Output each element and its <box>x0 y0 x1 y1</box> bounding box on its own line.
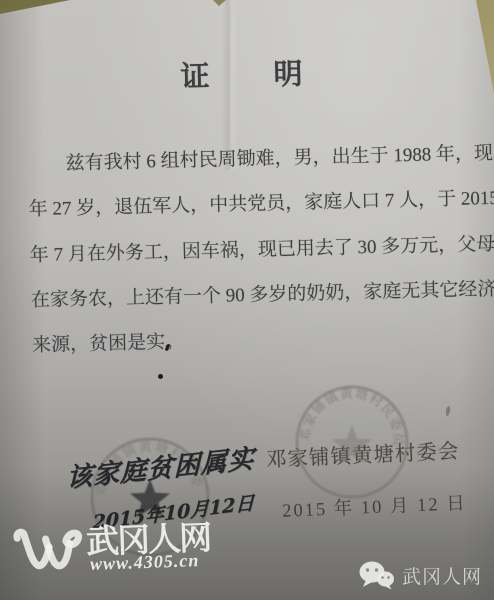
document-title: 证 明 <box>0 47 490 100</box>
document-body: 兹有我村 6 组村民周锄难，男，出生于 1988 年，现 年 27 岁，退伍军人… <box>27 140 466 377</box>
site-logo-icon <box>10 524 90 586</box>
paper-sheet: 证 明 兹有我村 6 组村民周锄难，男，出生于 1988 年，现 年 27 岁，… <box>0 0 494 600</box>
wechat-icon <box>358 560 394 590</box>
ink-speck <box>158 374 163 379</box>
footer-account-name: 武冈人网 <box>402 562 482 589</box>
watermark-site-url: www.4305.cn <box>90 550 200 575</box>
body-line: 来源，贫困是实。 <box>32 321 467 377</box>
site-watermark: 武冈人网 www.4305.cn <box>8 512 238 592</box>
wechat-credit: 武冈人网 <box>358 560 482 590</box>
right-seal-stamp-icon: 邓家铺镇黄塘村民委员会 <box>290 380 414 504</box>
photo-of-document: 证 明 兹有我村 6 组村民周锄难，男，出生于 1988 年，现 年 27 岁，… <box>0 0 494 600</box>
